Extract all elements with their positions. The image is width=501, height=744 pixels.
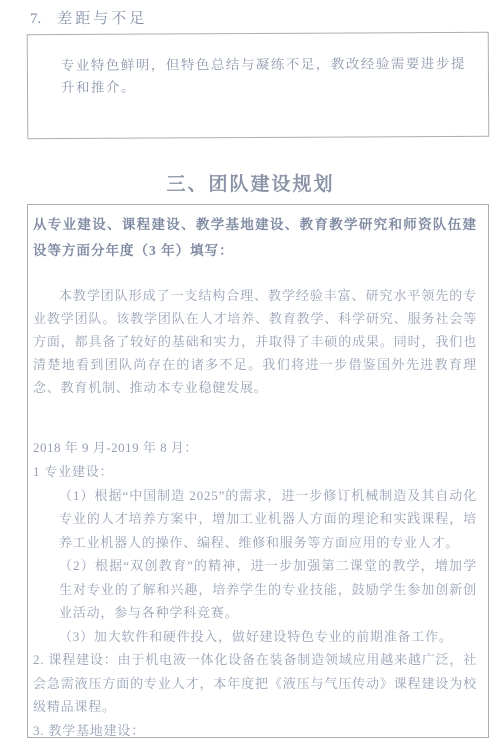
plan-subitem-3: （3）加大软件和硬件投入，做好建设特色专业的前期准备工作。 — [59, 625, 477, 649]
plan-subitem-1: （1）根据“中国制造 2025”的需求，进一步修订机械制造及其自动化专业的人才培… — [59, 484, 477, 555]
section3-form-box: 从专业建设、课程建设、教学基地建设、教育教学研究和师资队伍建设等方面分年度（3 … — [27, 204, 489, 738]
section7-answer-text: 专业特色鲜明，但特色总结与凝练不足，教改经验需要进步提升和推介。 — [61, 53, 474, 99]
document-page: 7.差距与不足 专业特色鲜明，但特色总结与凝练不足，教改经验需要进步提升和推介。… — [0, 0, 501, 744]
plan-item-1-heading: 1 专业建设： — [33, 460, 477, 484]
team-intro-paragraph: 本教学团队形成了一支结构合理、教学经验丰富、研究水平领先的专业教学团队。该教学团… — [33, 284, 477, 399]
plan-subitem-2: （2）根据“双创教育”的精神，进一步加强第二课堂的教学，增加学生对专业的了解和兴… — [59, 554, 477, 625]
plan-list: 1 专业建设： （1）根据“中国制造 2025”的需求，进一步修订机械制造及其自… — [33, 460, 477, 742]
plan-item-3-base: 3. 教学基地建设： — [33, 719, 477, 743]
form-instruction: 从专业建设、课程建设、教学基地建设、教育教学研究和师资队伍建设等方面分年度（3 … — [33, 212, 477, 264]
section7-number: 7. — [30, 11, 41, 27]
section3-heading: 三、团队建设规划 — [0, 169, 501, 196]
plan-item-2-course: 2. 课程建设：由于机电液一体化设备在装备制造领域应用越来越广泛，社会急需液压方… — [33, 648, 477, 719]
section7-heading: 7.差距与不足 — [30, 7, 147, 28]
section7-title: 差距与不足 — [57, 11, 147, 27]
section7-answer-box: 专业特色鲜明，但特色总结与凝练不足，教改经验需要进步提升和推介。 — [27, 32, 490, 139]
plan-period: 2018 年 9 月-2019 年 8 月： — [33, 436, 477, 460]
